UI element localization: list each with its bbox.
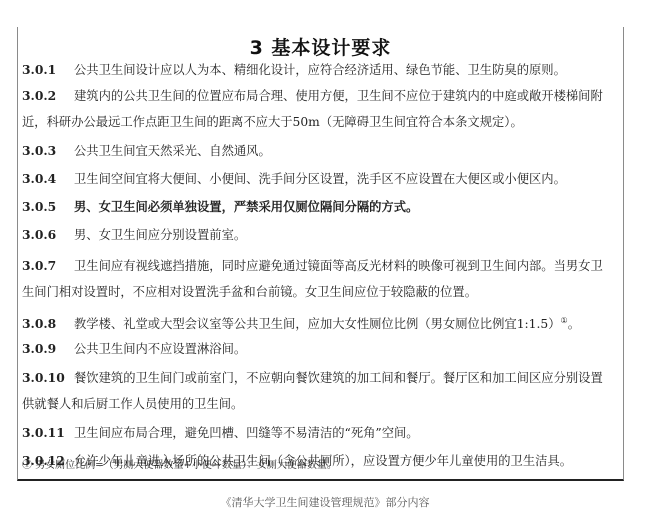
clause-text: 卫生间空间宜将大便间、小便间、洗手间分区设置，洗手区不应设置在大便区或小便区内。 (74, 172, 566, 186)
clause-3-0-5: 3.0.5男、女卫生间必须单独设置，严禁采用仅厕位隔间分隔的方式。 (22, 194, 615, 220)
clause-3-0-2: 3.0.2建筑内的公共卫生间的位置应布局合理、使用方便，卫生间不应位于建筑内的中… (22, 83, 615, 135)
clause-text-cont: 生间门相对设置时，不应相对设置洗手盆和台前镜。女卫生间应位于较隐蔽的位置。 (22, 285, 477, 299)
clause-3-0-1: 3.0.1公共卫生间设计应以人为本、精细化设计，应符合经济适用、绿色节能、卫生防… (22, 57, 615, 83)
footnote-marker: ① (561, 316, 568, 325)
clause-tail: 。 (568, 317, 580, 331)
clause-3-0-9: 3.0.9公共卫生间内不应设置淋浴间。 (22, 336, 615, 362)
clause-text: 建筑内的公共卫生间的位置应布局合理、使用方便，卫生间不应位于建筑内的中庭或敞开楼… (74, 89, 603, 103)
clause-3-0-4: 3.0.4卫生间空间宜将大便间、小便间、洗手间分区设置，洗手区不应设置在大便区或… (22, 166, 615, 192)
clause-text-cont: 近，科研办公最远工作点距卫生间的距离不应大于50m（无障碍卫生间宜符合本条文规定… (22, 115, 523, 129)
clause-number: 3.0.2 (22, 83, 74, 109)
clause-number: 3.0.7 (22, 253, 74, 279)
clause-3-0-8: 3.0.8教学楼、礼堂或大型会议室等公共卫生间，应加大女性厕位比例（男女厕位比例… (22, 308, 615, 337)
clause-number: 3.0.8 (22, 311, 74, 337)
clause-text: 公共卫生间内不应设置淋浴间。 (74, 342, 246, 356)
clause-text: 卫生间应布局合理，避免凹槽、凹缝等不易清洁的“死角”空间。 (74, 426, 419, 440)
clause-text: 卫生间应有视线遮挡措施，同时应避免通过镜面等高反光材料的映像可视到卫生间内部。当… (74, 259, 603, 273)
clause-number: 3.0.5 (22, 194, 74, 220)
clause-number: 3.0.10 (22, 365, 74, 391)
clause-number: 3.0.3 (22, 138, 74, 164)
clause-3-0-6: 3.0.6男、女卫生间应分别设置前室。 (22, 222, 615, 248)
document-page: 3 基本设计要求 3.0.1公共卫生间设计应以人为本、精细化设计，应符合经济适用… (17, 27, 624, 481)
clause-text: 公共卫生间宜天然采光、自然通风。 (74, 144, 271, 158)
clause-number: 3.0.11 (22, 420, 74, 446)
clause-number: 3.0.1 (22, 57, 74, 83)
clause-text: 男、女卫生间应分别设置前室。 (74, 228, 246, 242)
image-caption: 《清华大学卫生间建设管理规范》部分内容 (0, 494, 650, 510)
clause-text-cont: 供就餐人和后厨工作人员使用的卫生间。 (22, 397, 243, 411)
clause-text: 餐饮建筑的卫生间门或前室门，不应朝向餐饮建筑的加工间和餐厅。餐厅区和加工间区应分… (74, 371, 603, 385)
clause-3-0-3: 3.0.3公共卫生间宜天然采光、自然通风。 (22, 138, 615, 164)
clause-number: 3.0.9 (22, 336, 74, 362)
clause-3-0-10: 3.0.10餐饮建筑的卫生间门或前室门，不应朝向餐饮建筑的加工间和餐厅。餐厅区和… (22, 365, 615, 417)
clause-number: 3.0.6 (22, 222, 74, 248)
clause-text: 男、女卫生间必须单独设置，严禁采用仅厕位隔间分隔的方式。 (74, 199, 418, 214)
footnote: ① 男女厕位比例=（男厕大便器数量+小便斗数量）：女厕大便器数量。 (22, 456, 337, 471)
clause-3-0-7: 3.0.7卫生间应有视线遮挡措施，同时应避免通过镜面等高反光材料的映像可视到卫生… (22, 253, 615, 305)
section-title: 3 基本设计要求 (18, 33, 623, 60)
clause-text: 公共卫生间设计应以人为本、精细化设计，应符合经济适用、绿色节能、卫生防臭的原则。 (74, 63, 566, 77)
clause-number: 3.0.4 (22, 166, 74, 192)
clause-3-0-11: 3.0.11卫生间应布局合理，避免凹槽、凹缝等不易清洁的“死角”空间。 (22, 420, 615, 446)
clause-text: 教学楼、礼堂或大型会议室等公共卫生间，应加大女性厕位比例（男女厕位比例宜1:1.… (74, 317, 561, 331)
